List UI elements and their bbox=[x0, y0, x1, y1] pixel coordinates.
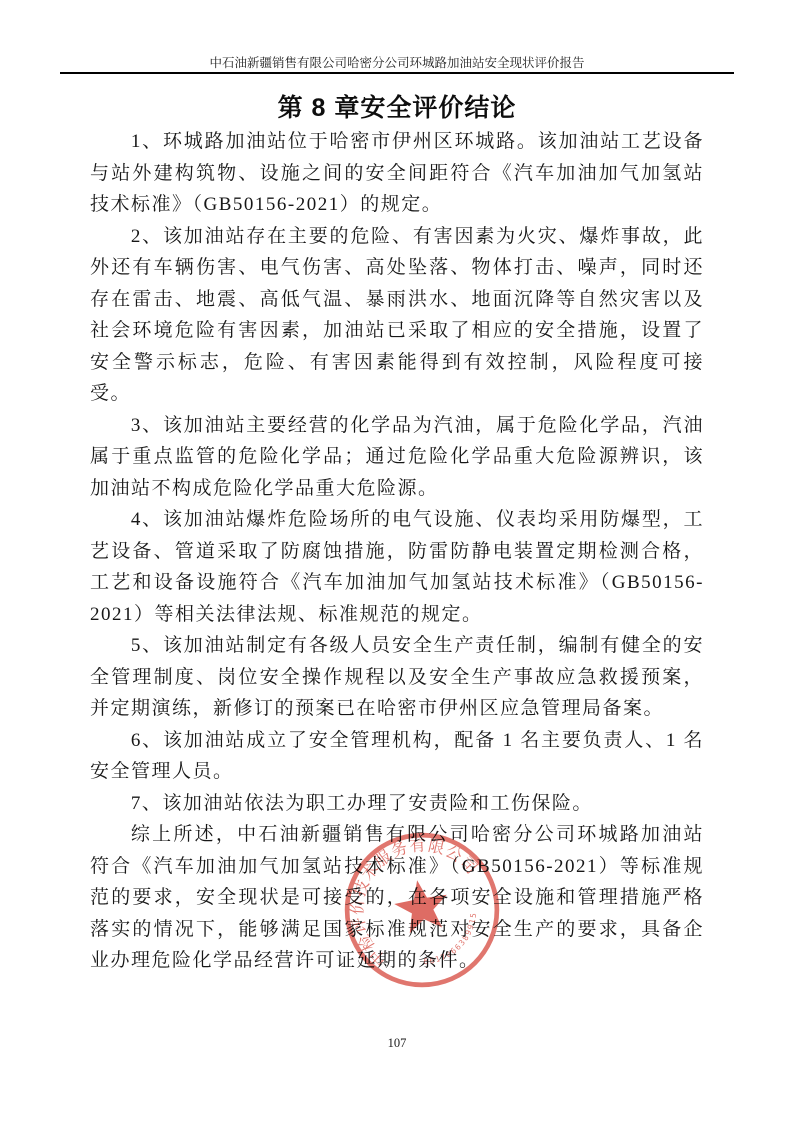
body-text: 1、环城路加油站位于哈密市伊州区环城路。该加油站工艺设备与站外建构筑物、设施之间… bbox=[90, 126, 704, 977]
document-page: 中石油新疆销售有限公司哈密分公司环城路加油站安全现状评价报告 第 8 章安全评价… bbox=[0, 0, 794, 1123]
header-rule bbox=[60, 72, 734, 74]
body-paragraph-8: 综上所述，中石油新疆销售有限公司哈密分公司环城路加油站符合《汽车加油加气加氢站技… bbox=[90, 819, 704, 977]
body-paragraph-6: 6、该加油站成立了安全管理机构，配备 1 名主要负责人、1 名安全管理人员。 bbox=[90, 725, 704, 788]
body-paragraph-1: 1、环城路加油站位于哈密市伊州区环城路。该加油站工艺设备与站外建构筑物、设施之间… bbox=[90, 126, 704, 221]
running-header-text: 中石油新疆销售有限公司哈密分公司环城路加油站安全现状评价报告 bbox=[209, 56, 584, 70]
chapter-title: 第 8 章安全评价结论 bbox=[0, 88, 794, 124]
body-paragraph-7: 7、该加油站依法为职工办理了安责险和工伤保险。 bbox=[90, 788, 704, 820]
body-paragraph-4: 4、该加油站爆炸危险场所的电气设施、仪表均采用防爆型，工艺设备、管道采取了防腐蚀… bbox=[90, 504, 704, 630]
page-number: 107 bbox=[0, 1036, 794, 1051]
running-header: 中石油新疆销售有限公司哈密分公司环城路加油站安全现状评价报告 bbox=[0, 53, 794, 71]
body-paragraph-2: 2、该加油站存在主要的危险、有害因素为火灾、爆炸事故，此外还有车辆伤害、电气伤害… bbox=[90, 221, 704, 410]
body-paragraph-3: 3、该加油站主要经营的化学品为汽油，属于危险化学品，汽油属于重点监管的危险化学品… bbox=[90, 410, 704, 505]
body-paragraph-5: 5、该加油站制定有各级人员安全生产责任制，编制有健全的安全管理制度、岗位安全操作… bbox=[90, 630, 704, 725]
